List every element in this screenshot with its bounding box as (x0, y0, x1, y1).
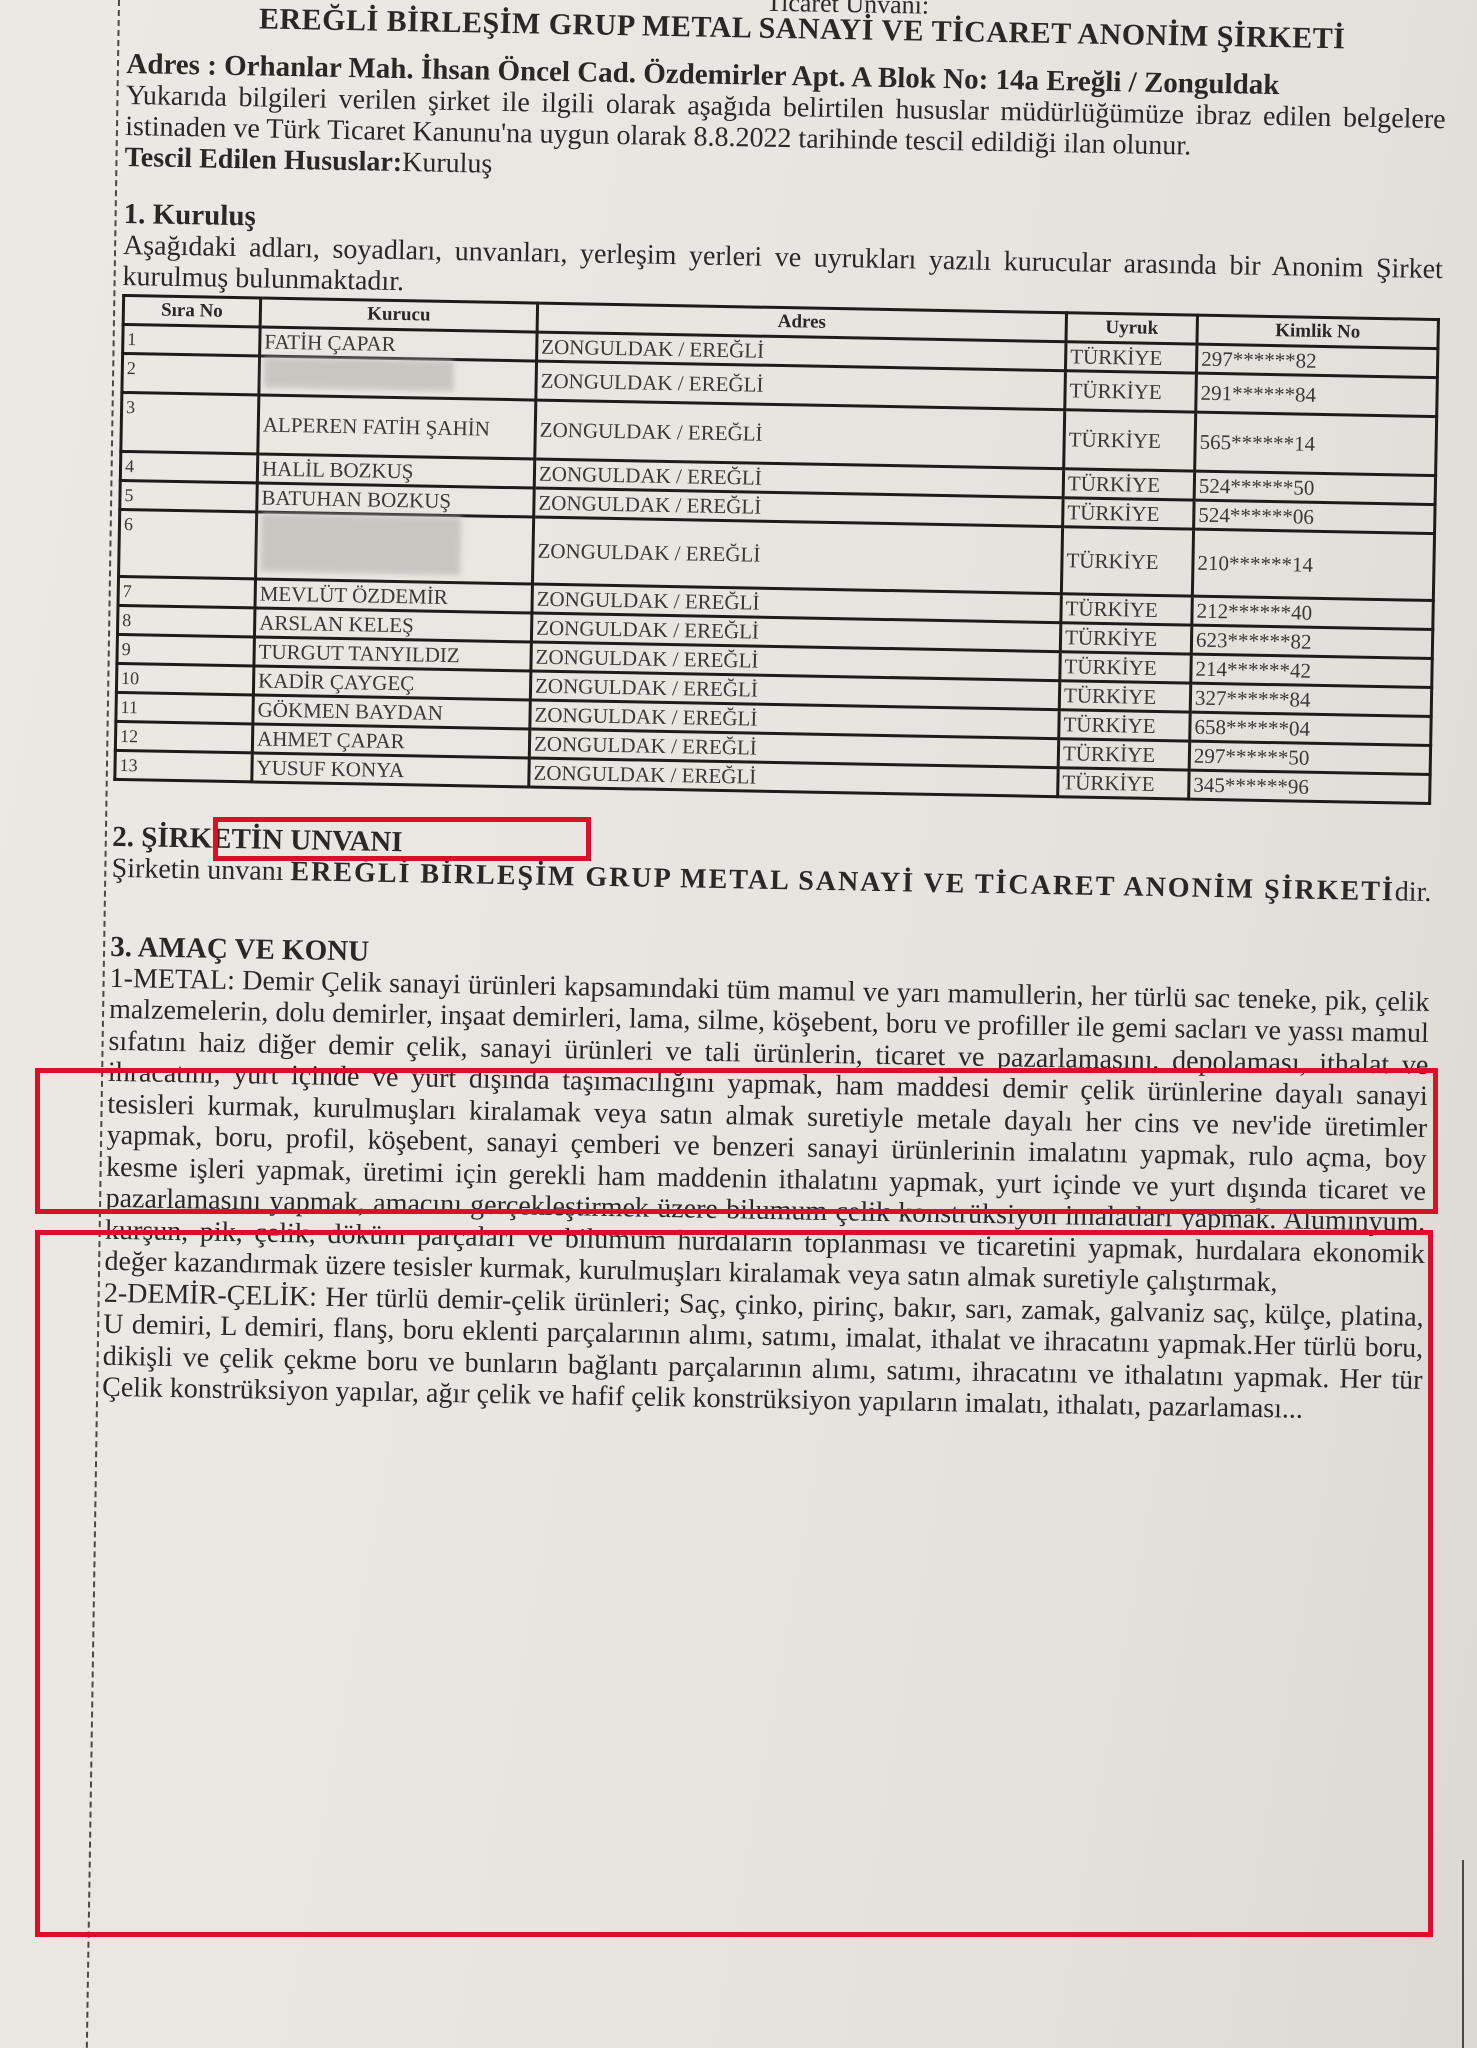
founder-nationality: TÜRKİYE (1060, 652, 1192, 683)
row-number: 2 (122, 353, 260, 395)
founder-nationality: TÜRKİYE (1058, 768, 1190, 799)
founder-nationality: TÜRKİYE (1065, 371, 1197, 412)
row-number: 12 (115, 721, 253, 753)
row-number: 7 (118, 576, 256, 608)
founder-nationality: TÜRKİYE (1061, 594, 1193, 625)
founder-address: ZONGULDAK / EREĞLİ (535, 400, 1065, 469)
founder-id: 658******04 (1190, 712, 1431, 745)
founder-id: 524******50 (1194, 471, 1435, 504)
founders-table-body: 1FATİH ÇAPARZONGULDAK / EREĞLİTÜRKİYE297… (115, 324, 1438, 803)
row-number: 5 (120, 480, 258, 512)
column-header: Kimlik No (1197, 315, 1438, 348)
founder-nationality: TÜRKİYE (1064, 410, 1196, 471)
page-border-right (1462, 1860, 1464, 2048)
company-name-suffix: dir. (1395, 876, 1432, 908)
row-number: 3 (121, 392, 259, 454)
founder-name (259, 356, 537, 400)
founder-id: 345******96 (1189, 770, 1430, 803)
founder-nationality: TÜRKİYE (1061, 527, 1193, 596)
redacted-name (260, 514, 461, 576)
row-number: 8 (117, 605, 255, 637)
row-number: 10 (116, 663, 254, 695)
column-header: Sıra No (123, 295, 261, 327)
address-label: Adres : (126, 48, 217, 82)
founder-name (256, 512, 534, 584)
row-number: 4 (120, 451, 258, 483)
row-number: 11 (116, 692, 254, 724)
founder-address: ZONGULDAK / EREĞLİ (532, 517, 1062, 594)
column-header: Uyruk (1066, 313, 1198, 344)
founder-nationality: TÜRKİYE (1060, 623, 1192, 654)
founders-table: Sıra No Kurucu Adres Uyruk Kimlik No 1FA… (113, 294, 1440, 805)
founder-id: 214******42 (1191, 654, 1432, 687)
founder-nationality: TÜRKİYE (1063, 498, 1195, 529)
redacted-name (264, 358, 455, 391)
company-name-prefix: Şirketin unvanı (111, 853, 283, 887)
founder-id: 210******14 (1192, 529, 1434, 600)
row-number: 9 (117, 634, 255, 666)
founder-name: ALPEREN FATİH ŞAHİN (258, 395, 536, 459)
founder-name: YUSUF KONYA (252, 753, 529, 787)
founder-nationality: TÜRKİYE (1058, 739, 1190, 770)
section-3-paragraph-2: 2-DEMİR-ÇELİK: Her türlü demir-çelik ürü… (102, 1277, 1424, 1427)
registered-value: Kuruluş (402, 147, 493, 180)
gazette-page: Ticaret Unvanı: EREĞLİ BİRLEŞİM GRUP MET… (102, 0, 1448, 1427)
founder-id: 297******82 (1196, 344, 1437, 377)
founder-nationality: TÜRKİYE (1063, 469, 1195, 500)
founder-id: 297******50 (1189, 741, 1430, 774)
registered-label: Tescil Edilen Hususlar: (124, 142, 402, 178)
founder-id: 291******84 (1196, 373, 1438, 416)
row-number: 6 (119, 509, 257, 578)
founder-nationality: TÜRKİYE (1065, 342, 1197, 373)
founder-id: 212******40 (1192, 596, 1433, 629)
row-number: 13 (115, 750, 253, 782)
row-number: 1 (123, 324, 261, 356)
founder-nationality: TÜRKİYE (1059, 710, 1191, 741)
founder-id: 565******14 (1195, 412, 1437, 475)
founder-nationality: TÜRKİYE (1059, 681, 1191, 712)
section-3-paragraph-1: 1-METAL: Demir Çelik sanayi ürünleri kap… (104, 962, 1430, 1301)
founder-id: 623******82 (1191, 625, 1432, 658)
founder-id: 327******84 (1190, 683, 1431, 716)
founder-id: 524******06 (1194, 500, 1435, 533)
